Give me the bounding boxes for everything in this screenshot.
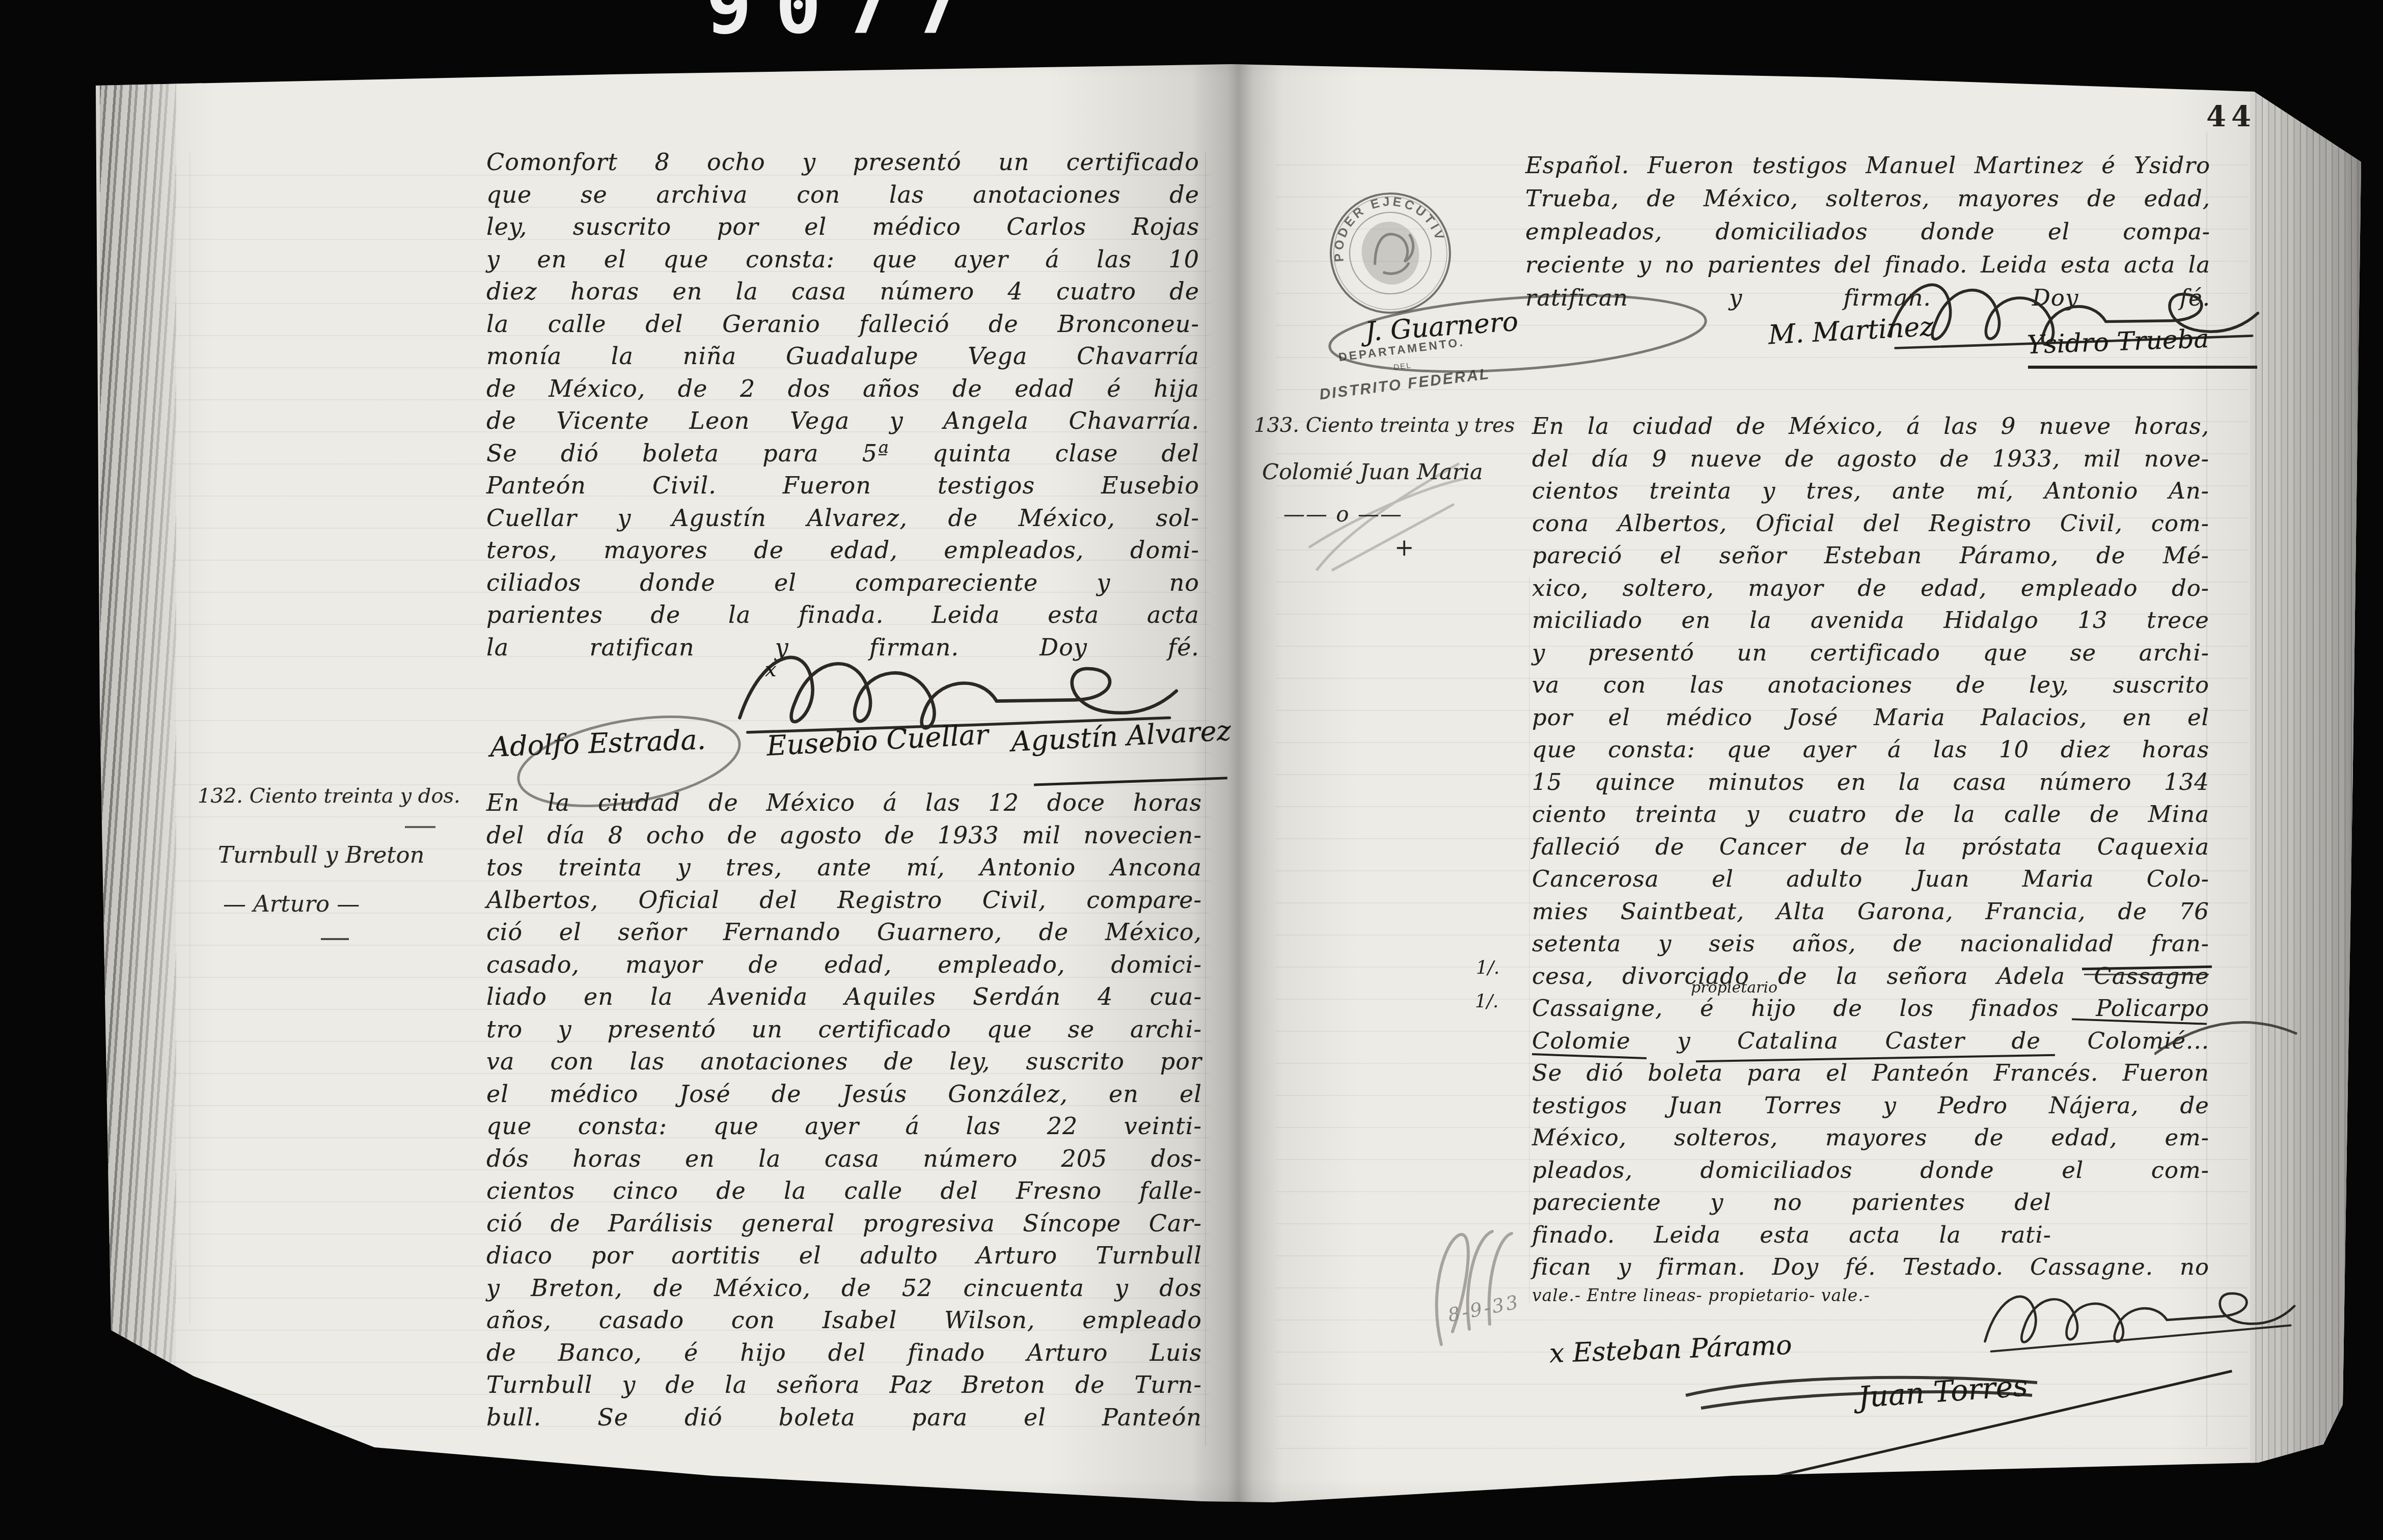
handwritten-line: Cuellar y Agustín Alvarez, de México, so… xyxy=(486,502,1199,535)
handwritten-line: cientos treinta y tres, ante mí, Antonio… xyxy=(1532,475,2209,507)
handwritten-line: casado, mayor de edad, empleado, domici- xyxy=(486,949,1202,981)
handwritten-line: diez horas en la casa número 4 cuatro de xyxy=(486,276,1199,308)
handwritten-line: monía la niña Guadalupe Vega Chavarría xyxy=(486,340,1199,373)
handwritten-line: ciliados donde el compareciente y no xyxy=(486,567,1199,599)
handwritten-line: cientos cinco de la calle del Fresno fal… xyxy=(486,1175,1202,1207)
handwritten-line: pleados, domiciliados donde el com- xyxy=(1532,1154,2209,1187)
handwritten-line: teros, mayores de edad, empleados, domi- xyxy=(486,534,1199,567)
handwritten-line: Panteón Civil. Fueron testigos Eusebio xyxy=(486,470,1199,502)
handwritten-line: ley, suscrito por el médico Carlos Rojas xyxy=(486,211,1199,243)
handwritten-line: va con las anotaciones de ley, suscrito … xyxy=(486,1046,1202,1078)
handwritten-line: pareciente y no parientes del xyxy=(1532,1186,2051,1219)
left-page-fold-line xyxy=(189,153,190,1324)
page-number: 44 xyxy=(2206,100,2256,133)
right-record-133-text: En la ciudad de México, á las 9 nueve ho… xyxy=(1532,410,2209,1283)
signature-p-najera: P. Nájera xyxy=(1975,1465,2092,1500)
handwritten-line: que se archiva con las anotaciones de xyxy=(486,179,1199,211)
signature-flourish-najera xyxy=(1803,1477,2190,1540)
handwritten-line: En la ciudad de México á las 12 doce hor… xyxy=(486,787,1202,819)
film-frame-counter: 9077 xyxy=(706,0,983,51)
record-133-marginalia-line: vale.- Entre lineas- propietario- vale.- xyxy=(1532,1285,1870,1305)
left-record-continuation-text: Comonfort 8 ocho y presentó un certifica… xyxy=(486,146,1199,664)
handwritten-line: falleció de Cancer de la próstata Caquex… xyxy=(1532,831,2209,863)
handwritten-line: Albertos, Oficial del Registro Civil, co… xyxy=(486,884,1202,917)
handwritten-line: años, casado con Isabel Wilson, empleado xyxy=(486,1304,1202,1337)
handwritten-line: Colomie y Catalina Caster de Colomié... xyxy=(1532,1025,2209,1057)
handwritten-line: miciliado en la avenida Hidalgo 13 trece xyxy=(1532,604,2209,637)
margin-dash xyxy=(321,938,349,940)
handwritten-line: y presentó un certificado que se archi- xyxy=(1532,637,2209,669)
handwritten-line: diaco por aortitis el adulto Arturo Turn… xyxy=(486,1240,1202,1272)
margin-mark: 1/. xyxy=(1476,957,1499,978)
handwritten-line: y Breton, de México, de 52 cincuenta y d… xyxy=(486,1272,1202,1305)
handwritten-line: finado. Leida esta acta la rati- xyxy=(1532,1219,2051,1251)
handwritten-line: tos treinta y tres, ante mí, Antonio Anc… xyxy=(486,851,1202,884)
handwritten-line: Español. Fueron testigos Manuel Martinez… xyxy=(1525,149,2210,182)
handwritten-line: parientes de la finada. Leida esta acta xyxy=(486,599,1199,631)
strikethrough-cassagne xyxy=(2084,974,2209,975)
handwritten-line: de Banco, é hijo del finado Arturo Luis xyxy=(486,1337,1202,1369)
margin-note-132-given: — Arturo — xyxy=(223,890,360,917)
handwritten-line: liado en la Avenida Aquiles Serdán 4 cua… xyxy=(486,981,1202,1013)
handwritten-line: Se dió boleta para el Panteón Francés. F… xyxy=(1532,1057,2209,1089)
margin-mark: 1/. xyxy=(1475,991,1498,1012)
handwritten-line: Cancerosa el adulto Juan Maria Colo- xyxy=(1532,863,2209,895)
handwritten-line: ciento treinta y cuatro de la calle de M… xyxy=(1532,798,2209,831)
handwritten-line: el médico José de Jesús González, en el xyxy=(486,1078,1202,1111)
left-record-132-text: En la ciudad de México á las 12 doce hor… xyxy=(486,787,1202,1434)
handwritten-line: mies Saintbeat, Alta Garona, Francia, de… xyxy=(1532,895,2209,928)
handwritten-line: empleados, domiciliados donde el compa- xyxy=(1525,215,2210,248)
handwritten-line: pareció el señor Esteban Páramo, de Mé- xyxy=(1532,539,2209,572)
handwritten-line: que consta: que ayer á las 22 veinti- xyxy=(486,1110,1202,1143)
margin-note-133-number: 133. Ciento treinta y tres xyxy=(1254,414,1515,437)
pencil-monogram xyxy=(1421,1222,1533,1355)
handwritten-line: ció de Parálisis general progresiva Sínc… xyxy=(486,1207,1202,1240)
handwritten-line: ció el señor Fernando Guarnero, de Méxic… xyxy=(486,916,1202,949)
registry-book-spread: 44 Comonfort 8 ocho y presentó un certif… xyxy=(0,0,2383,1540)
handwritten-line: por el médico José Maria Palacios, en el xyxy=(1532,701,2209,734)
margin-dash xyxy=(405,826,435,828)
handwritten-line: bull. Se dió boleta para el Panteón xyxy=(486,1401,1202,1434)
handwritten-line: de Vicente Leon Vega y Angela Chavarría. xyxy=(486,405,1199,437)
cross-mark: x xyxy=(765,658,777,681)
handwritten-line: dós horas en la casa número 205 dos- xyxy=(486,1143,1202,1175)
margin-note-132-surname: Turnbull y Breton xyxy=(218,841,424,868)
handwritten-line: del día 8 ocho de agosto de 1933 mil nov… xyxy=(486,819,1202,852)
handwritten-line: que consta: que ayer á las 10 diez horas xyxy=(1532,733,2209,766)
handwritten-line: Trueba, de México, solteros, mayores de … xyxy=(1525,182,2210,215)
handwritten-line: setenta y seis años, de nacionalidad fra… xyxy=(1532,927,2209,960)
handwritten-line: En la ciudad de México, á las 9 nueve ho… xyxy=(1532,410,2209,443)
handwritten-line: cesa, divorciado de la señora Adela Cass… xyxy=(1532,960,2209,993)
margin-note-133-divider: —— o —— xyxy=(1283,502,1403,527)
handwritten-line: testigos Juan Torres y Pedro Nájera, de xyxy=(1532,1089,2209,1122)
signature-underline xyxy=(2028,366,2257,369)
handwritten-line: va con las anotaciones de ley, suscrito xyxy=(1532,669,2209,701)
right-page-inner-rule xyxy=(1529,575,1530,1304)
interlineated-word: propietario xyxy=(1691,979,1777,997)
handwritten-line: México, solteros, mayores de edad, em- xyxy=(1532,1121,2209,1154)
margin-note-133-cross: + xyxy=(1394,534,1414,561)
scanned-registry-photograph: { "top_strip": { "frame_digits": "9077" … xyxy=(0,0,2383,1540)
handwritten-line: y en el que consta: que ayer á las 10 xyxy=(486,243,1199,276)
handwritten-line: de México, de 2 dos años de edad é hija xyxy=(486,373,1199,405)
handwritten-line: cona Albertos, Oficial del Registro Civi… xyxy=(1532,507,2209,540)
left-page-margin-rule xyxy=(1205,153,1206,1446)
flourish-curve xyxy=(2154,998,2307,1069)
handwritten-line: 15 quince minutos en la casa número 134 xyxy=(1532,766,2209,799)
handwritten-line: Turnbull y de la señora Paz Breton de Tu… xyxy=(486,1369,1202,1401)
handwritten-line: Comonfort 8 ocho y presentó un certifica… xyxy=(486,146,1199,179)
handwritten-line: Se dió boleta para 5ª quinta clase del xyxy=(486,437,1199,470)
handwritten-line: del día 9 nueve de agosto de 1933, mil n… xyxy=(1532,443,2209,475)
margin-note-132-number: 132. Ciento treinta y dos. xyxy=(198,784,460,808)
handwritten-line: tro y presentó un certificado que se arc… xyxy=(486,1013,1202,1046)
handwritten-line: xico, soltero, mayor de edad, empleado d… xyxy=(1532,572,2209,604)
handwritten-line: la calle del Geranio falleció de Broncon… xyxy=(486,308,1199,341)
margin-note-133-name: Colomié Juan Maria xyxy=(1262,459,1483,485)
